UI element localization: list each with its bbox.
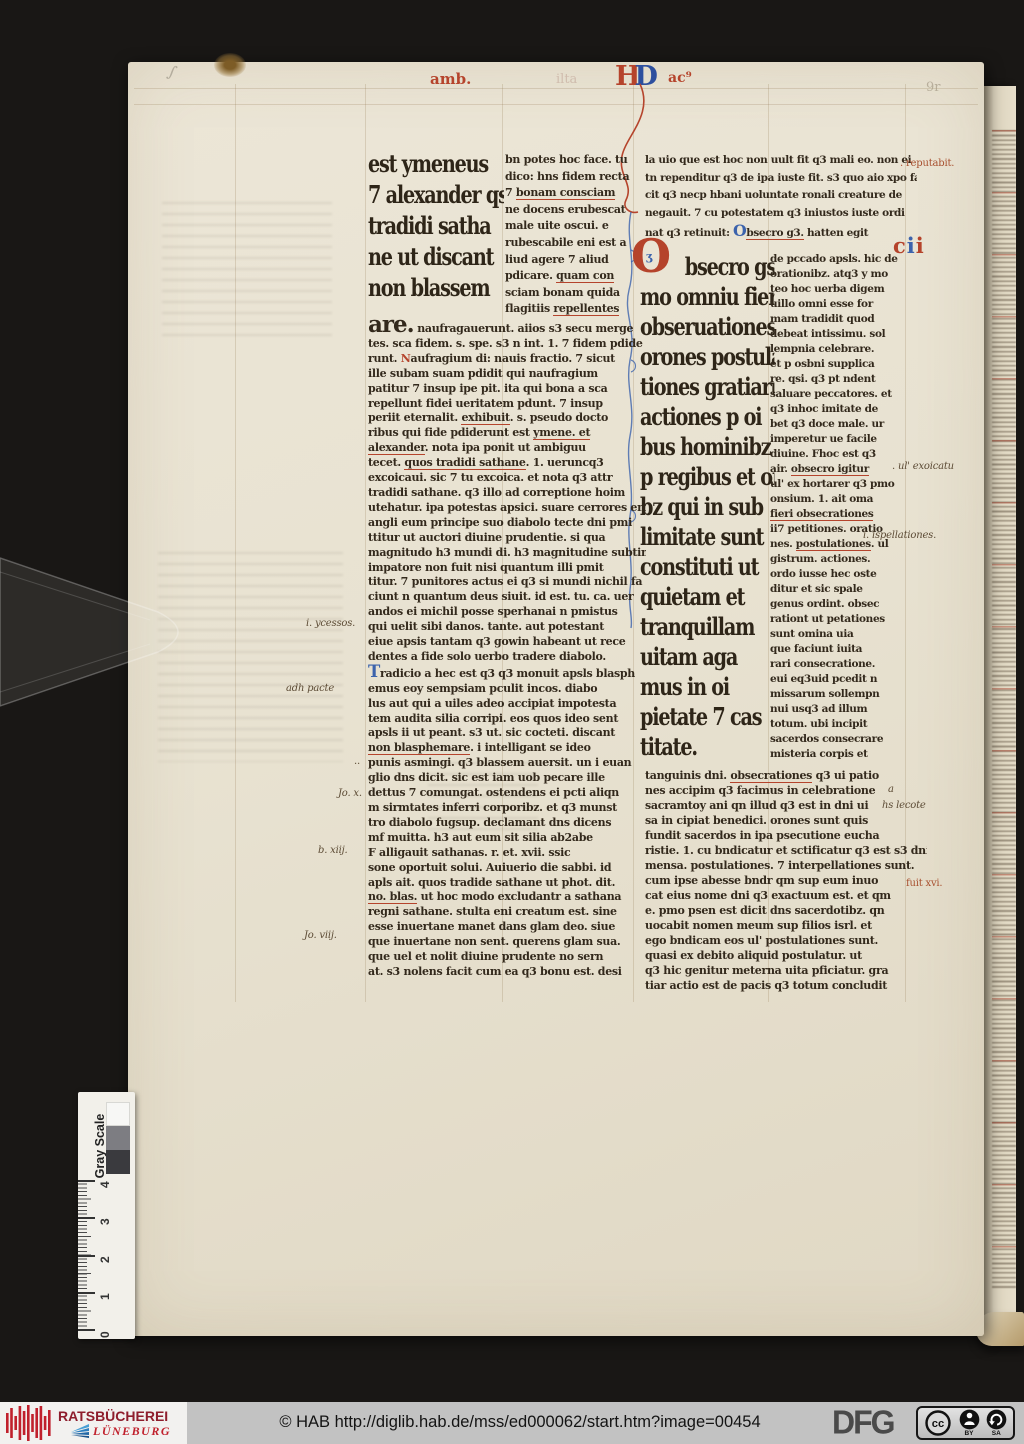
text-segment: runt. <box>368 352 401 365</box>
gloss-line: lus aut qui a uiles adeo accipiat impote… <box>368 697 646 712</box>
gloss-line: titur. 7 punitores actus ei q3 si mundi … <box>368 575 646 590</box>
lemma-line: pietate 7 cas <box>640 702 774 732</box>
margin-note: hs lecote <box>882 800 926 811</box>
lemma-line: limitate sunt <box>640 522 774 552</box>
margin-note: .. <box>354 756 360 767</box>
lemma-line: constituti ut <box>640 552 774 582</box>
rubricated-underline-text: obsecro igitur <box>791 463 869 476</box>
gloss-line: uocabit nomen meum sup filios isrl. et <box>645 918 927 933</box>
gloss-line: F alligauit sathanas. r. et. xvii. ssic <box>368 846 646 861</box>
library-city: LÜNEBURG <box>93 1425 171 1437</box>
cc-by-icon: BY <box>959 1409 980 1438</box>
gloss-line: tem audita silia corripi. eos quos ideo … <box>368 712 646 727</box>
margin-note: . ul' exoicatu <box>892 461 954 472</box>
gloss-line: tn rependitur q3 de ipa iuste fit. s3 qu… <box>645 170 917 188</box>
gloss-line: esse inuertane manet dans glam deo. siue <box>368 920 646 935</box>
gloss-line: periit eternalit. exhibuit. s. pseudo do… <box>368 411 646 426</box>
lemma-line: bz qui in sub <box>640 492 774 522</box>
column-a-main-gloss: are. naufragauerunt. aiios s3 secu merge… <box>368 318 646 980</box>
gloss-line: apls ait. quos tradide sathane ut phot. … <box>368 876 646 891</box>
margin-note: fuit xvi. <box>906 878 942 889</box>
gloss-line: angli eum principe suo diabolo tecte dni… <box>368 516 646 531</box>
gloss-line: bet q3 doce male. ur <box>770 417 914 432</box>
gloss-line: male uite oscui. e <box>505 218 637 235</box>
rubricated-underline-text: alexander <box>368 441 425 455</box>
sa-label: SA <box>992 1431 1001 1438</box>
gloss-line: glio dns dicit. sic est iam uob pecare i… <box>368 771 646 786</box>
plastic-page-clip <box>0 520 220 740</box>
gloss-line: qui uelit sibi danos. tante. aut potesta… <box>368 620 646 635</box>
text-segment: q3 ui patio <box>812 769 879 782</box>
gloss-line: sunt omina uia <box>770 627 914 642</box>
gray-scale-ruler: Gray Scale 43210 <box>78 1092 135 1339</box>
gloss-line: ciunt n quantum deus siuit. id est. tu. … <box>368 590 646 605</box>
gloss-line: pdicare. quam con <box>505 268 637 285</box>
rubricated-underline-text: obsecrationes <box>730 769 812 783</box>
gloss-line: liud agere 7 aliud <box>505 252 637 269</box>
running-title-left: amb. <box>430 70 471 88</box>
rubricated-underline-text: non blasphemare <box>368 741 470 755</box>
gloss-line: et p osbni supplica <box>770 357 914 372</box>
gloss-line: tecet. quos tradidi sathane. 1. ueruncq3 <box>368 456 646 471</box>
next-folio-edge <box>984 86 1016 1334</box>
lemma-line: uitam aga <box>640 642 774 672</box>
gloss-line: la uio que est hoc non uult fit q3 mali … <box>645 152 917 170</box>
gloss-line: que inuertane non sent. querens glam sua… <box>368 935 646 950</box>
lemma-line: non blassem <box>368 272 504 303</box>
gloss-line: que uel et nolit diuine prudente no sern <box>368 950 646 965</box>
ink-stain <box>214 53 246 77</box>
rubricated-underline-text: repellentes <box>553 302 619 316</box>
ruler-integer-tick <box>78 1329 95 1331</box>
running-title-ghost: ilta <box>556 72 577 87</box>
gloss-line: debeat intissimu. sol <box>770 327 914 342</box>
lemma-line: est ymeneus <box>368 148 504 179</box>
rubricated-underline-text: quam con <box>556 269 614 283</box>
manuscript-page: ∫ amb. ilta HD ac⁹ 9r cii est ymeneus7 a… <box>128 62 984 1336</box>
lemma-line: actiones p oi <box>640 402 774 432</box>
text-segment: . i intelligant se ideo <box>470 741 591 754</box>
gloss-line: que faciunt iuita <box>770 642 914 657</box>
gloss-line: misteria corpis et <box>770 747 914 762</box>
gloss-line: dettus 7 comungat. ostendens ei pcti ali… <box>368 786 646 801</box>
gloss-line: 7 bonam consciam <box>505 185 637 202</box>
gloss-line: tro diabolo fugsup. declamant dns dicens <box>368 816 646 831</box>
text-segment: ribus qui fide pdiderunt est <box>368 426 533 439</box>
gloss-line: punis asmingi. q3 blassem auersit. un i … <box>368 756 646 771</box>
margin-note: . reputabit. <box>900 158 954 169</box>
lemma-line: ne ut discant <box>368 241 504 272</box>
footer-bar: RATSBÜCHEREI LÜNEBURG © HAB http://digli… <box>0 1402 1024 1444</box>
gloss-line: cum ipse abesse bndr qm sup eum inuo <box>645 873 927 888</box>
gloss-line: alexander. nota ipa ponit ut ambiguu <box>368 441 646 456</box>
ruling-line <box>134 104 978 105</box>
column-a-lemma-text: est ymeneus7 alexander qstradidi sathane… <box>368 148 504 303</box>
gloss-line: saluare peccatores. et <box>770 387 914 402</box>
ruler-number: 3 <box>98 1211 112 1225</box>
rubricated-underline-text: exhibuit <box>461 411 509 425</box>
rubricated-underline-text: quos tradidi sathane <box>404 456 525 470</box>
rubricated-underline-text: bonam consciam <box>516 186 615 200</box>
gloss-line: sa in cipiat benedici. orones sunt quis <box>645 813 927 828</box>
gloss-line: de pccado apsls. hic de <box>770 252 914 267</box>
text-segment: . nota ipa ponit ut ambiguu <box>425 441 586 454</box>
text-segment: hatten egit <box>804 227 868 239</box>
text-segment: periit eternalit. <box>368 411 461 424</box>
ruler-number: 1 <box>98 1286 112 1300</box>
text-segment: air. <box>770 463 791 475</box>
text-segment: are. <box>368 318 414 338</box>
cc-icon: cc <box>924 1409 952 1437</box>
gloss-line: eiue apsis tantam q3 gowin habeant ut re… <box>368 635 646 650</box>
gloss-line: rari consecratione. <box>770 657 914 672</box>
margin-note: a <box>888 784 894 795</box>
ruler-integer-tick <box>78 1292 95 1294</box>
margin-note: Jo. x. <box>338 788 362 799</box>
lemma-line: tiones gratiaru <box>640 372 774 402</box>
text-segment: tanguinis dni. <box>645 769 730 782</box>
gloss-line: gistrum. actiones. <box>770 552 914 567</box>
gray-patch-dark <box>106 1150 130 1174</box>
text-segment: pdicare. <box>505 269 556 282</box>
gloss-line: nes accipim q3 facimus in celebratione <box>645 783 927 798</box>
chapter-letter: i <box>916 233 925 258</box>
column-b-side-gloss: de pccado apsls. hic deorationibz. atq3 … <box>770 252 914 770</box>
gloss-line: fieri obsecrationes <box>770 507 914 522</box>
copyright-url[interactable]: © HAB http://diglib.hab.de/mss/ed000062/… <box>230 1413 810 1432</box>
gloss-line: runt. Naufragium di: nauis fractio. 7 si… <box>368 352 646 367</box>
ruling-line <box>134 88 978 89</box>
lemma-line: titate. <box>640 732 774 762</box>
rubricated-underline-text: ymene. et <box>533 426 590 440</box>
gloss-line: tanguinis dni. obsecrationes q3 ui patio <box>645 768 927 783</box>
gloss-line: no. blas. ut hoc modo excludantr a satha… <box>368 890 646 905</box>
gloss-line: tiar actio est de pacis q3 totum conclud… <box>645 978 927 993</box>
ruling-line <box>365 84 366 1002</box>
gloss-line: bn potes hoc face. tu <box>505 152 637 169</box>
gloss-line: teo hoc uerba digem <box>770 282 914 297</box>
lemma-line: quietam et <box>640 582 774 612</box>
gloss-line: non blasphemare. i intelligant se ideo <box>368 741 646 756</box>
gloss-line: apsls ii ut peant. s3 ut. sic cocteti. d… <box>368 726 646 741</box>
gloss-line: rationt ut petationes <box>770 612 914 627</box>
ruler-number: 2 <box>98 1249 112 1263</box>
text-segment: naufragauerunt. aiios s3 secu merge <box>414 322 634 335</box>
gloss-line: q3 inhoc imitate de <box>770 402 914 417</box>
folio-number-ghost: 9r <box>926 80 941 95</box>
margin-note: i. ycessos. <box>306 618 355 629</box>
column-b-top-gloss: la uio que est hoc non uult fit q3 mali … <box>645 152 917 243</box>
by-label: BY <box>964 1431 973 1438</box>
margin-note: adh pacte <box>286 683 334 694</box>
rubricated-underline-text: fieri obsecrationes <box>770 508 873 521</box>
gloss-line: ul' ex hortarer q3 pmo <box>770 477 914 492</box>
gloss-line: q3 hic genitur meterna uita pficiatur. g… <box>645 963 927 978</box>
gloss-line: onsium. 1. ait oma <box>770 492 914 507</box>
rubricated-underline-text: no. blas. <box>368 890 417 904</box>
gloss-line: ne docens erubescat <box>505 202 637 219</box>
gloss-line: fundit sacerdos in ipa psecutione eucha <box>645 828 927 843</box>
margin-note: Jo. viij. <box>304 930 337 941</box>
gloss-line: regni sathane. stulta eni creatum est. s… <box>368 905 646 920</box>
ruler-integer-tick <box>78 1255 95 1257</box>
text-segment: aufragium di: nauis fractio. 7 sicut <box>411 352 615 365</box>
text-segment: 7 <box>505 186 516 199</box>
gloss-line: ristie. 1. cu bndicatur et sctificatur q… <box>645 843 927 858</box>
gloss-line: mf muitta. h3 aut eum sit silia ab2abe <box>368 831 646 846</box>
gloss-line: sacerdos consecrare <box>770 732 914 747</box>
gloss-line: impatore non fuit nisi quantum illi pmit <box>368 561 646 576</box>
gloss-line: sciam bonam quida <box>505 285 637 302</box>
gloss-line: negauit. 7 cu potestatem q3 iniustos ius… <box>645 205 917 223</box>
gloss-line: m sirmtates inferri corporibz. et q3 mun… <box>368 801 646 816</box>
gloss-line: Tradicio a hec est q3 q3 monuit apsls bl… <box>368 665 646 682</box>
gloss-line: tradidi sathane. q3 illo ad correptione … <box>368 486 646 501</box>
gloss-line: diuine. Fhoc est q3 <box>770 447 914 462</box>
gloss-line: nat q3 retinuit: Obsecro g3. hatten egit <box>645 222 917 243</box>
gloss-line: flagitiis repellentes <box>505 301 637 318</box>
gloss-line: ordo iusse hec oste <box>770 567 914 582</box>
text-segment: flagitiis <box>505 302 553 315</box>
lemma-line: orones postula <box>640 342 774 372</box>
gray-patch-mid <box>106 1126 130 1150</box>
gloss-line: eui eq3uid pcedit n <box>770 672 914 687</box>
gloss-line: ttitur ut auctori diuine prudentie. si q… <box>368 531 646 546</box>
gloss-line: ego bndicam eos ul' postulationes sunt. <box>645 933 927 948</box>
logo-bars-icon <box>5 1404 53 1442</box>
gloss-line: excoicaui. sic 7 tu excoica. et nota q3 … <box>368 471 646 486</box>
cc-sa-icon: SA <box>986 1409 1007 1438</box>
text-segment: N <box>401 352 411 365</box>
text-segment: ut hoc modo excludantr a sathana <box>417 890 621 903</box>
gloss-line: dico: hns fidem recta <box>505 169 637 186</box>
text-segment: . s. pseudo docto <box>510 411 608 424</box>
gloss-line: are. naufragauerunt. aiios s3 secu merge <box>368 318 646 337</box>
lemma-line: p regibus et oi <box>640 462 774 492</box>
column-b-lemma-text: bsecro gs primo omniu fieriobseruationes… <box>640 252 774 762</box>
lemma-line: mus in oi <box>640 672 774 702</box>
colored-initial: T <box>368 662 380 681</box>
lemma-line: bus hominibz <box>640 432 774 462</box>
gloss-line: repellunt fidei ueritatem pdunt. 7 insup <box>368 397 646 412</box>
gloss-line: genus ordint. obsec <box>770 597 914 612</box>
margin-note: b. xiij. <box>318 845 347 856</box>
cc-license-badge[interactable]: cc BY SA <box>916 1406 1015 1440</box>
gloss-line: orationibz. atq3 y mo <box>770 267 914 282</box>
gloss-line: patitur 7 insup ipe pit. ita qui bona a … <box>368 382 646 397</box>
text-segment: . 1. ueruncq3 <box>526 456 604 469</box>
gloss-line: ille subam suam pdidit qui naufragium <box>368 367 646 382</box>
lemma-line: 7 alexander qs <box>368 179 504 210</box>
gloss-line: e. pmo psen est dicit dns sacerdotibz. q… <box>645 903 927 918</box>
gloss-line: re. qsi. q3 pt ndent <box>770 372 914 387</box>
text-segment: nes. <box>770 538 796 550</box>
ruler-integer-tick <box>78 1180 95 1182</box>
gloss-line: dentes a fide solo uerbo tradere diabolo… <box>368 650 646 665</box>
gloss-line: tes. sca fidem. s. spe. s3 n int. 1. 7 f… <box>368 337 646 352</box>
ruler-integer-tick <box>78 1217 95 1219</box>
gloss-line: missarum sollempn <box>770 687 914 702</box>
gloss-line: utehatur. ipa potestas apsici. suare cer… <box>368 501 646 516</box>
gloss-line: imperetur ue facile <box>770 432 914 447</box>
dfg-logo: DFG <box>832 1403 894 1442</box>
pencil-mark: ∫ <box>165 61 179 82</box>
lemma-line: tradidi satha <box>368 210 504 241</box>
gloss-line: nui usq3 ad illum <box>770 702 914 717</box>
lemma-line: mo omniu fieri <box>640 282 774 312</box>
gloss-line: sone oportuit solui. Auiuerio die sabbi.… <box>368 861 646 876</box>
ruler-number: 0 <box>98 1324 112 1338</box>
library-logo: RATSBÜCHEREI LÜNEBURG <box>0 1402 187 1444</box>
manuscript-photo: ∫ amb. ilta HD ac⁹ 9r cii est ymeneus7 a… <box>0 0 1024 1444</box>
ruler-number: 4 <box>98 1174 112 1188</box>
gray-patch-white <box>106 1102 130 1126</box>
gloss-line: ditur et sic spale <box>770 582 914 597</box>
gloss-line: uillo omni esse for <box>770 297 914 312</box>
gloss-line: mensa. postulationes. 7 interpellationes… <box>645 858 927 873</box>
cc-letters: cc <box>932 1418 944 1430</box>
gloss-line: ribus qui fide pdiderunt est ymene. et <box>368 426 646 441</box>
next-folio-rubric-lines <box>992 130 1016 1290</box>
colored-initial: O <box>733 221 746 240</box>
gloss-line: mam tradidit quod <box>770 312 914 327</box>
lemma-line: bsecro gs pri <box>640 252 774 282</box>
gloss-line: quasi ex debito aliquid postulatur. ut <box>645 948 927 963</box>
gloss-line: andos ei michil posse sperhanai n pmistu… <box>368 605 646 620</box>
rubricated-underline-text: bsecro g3. <box>746 227 803 240</box>
book-fan-icon <box>70 1424 90 1438</box>
text-segment: radicio a hec est q3 q3 monuit apsls bla… <box>380 667 635 680</box>
text-segment: tecet. <box>368 456 404 469</box>
lemma-line: obseruationes <box>640 312 774 342</box>
show-through <box>162 202 332 342</box>
gloss-line: cit q3 necp hbani uoluntate ronali creat… <box>645 187 917 205</box>
margin-note: i. ispellationes. <box>863 530 936 541</box>
rubricated-underline-text: postulationes <box>796 538 871 551</box>
column-a-side-gloss: bn potes hoc face. tudico: hns fidem rec… <box>505 152 637 320</box>
running-title-right: ac⁹ <box>668 70 692 86</box>
gloss-line: lempnia celebrare. <box>770 342 914 357</box>
gloss-line: magnitudo h3 mundi di. h3 magnitudine su… <box>368 546 646 561</box>
gloss-line: cat eius nome dni q3 exactuum est. et qm <box>645 888 927 903</box>
gloss-line: emus eoy sempsiam pculit incos. diabo <box>368 682 646 697</box>
gloss-line: at. s3 nolens facit cum ea q3 bonu est. … <box>368 965 646 980</box>
gloss-line: rubescabile eni est a <box>505 235 637 252</box>
lemma-line: tranquillam <box>640 612 774 642</box>
gloss-line: totum. ubi incipit <box>770 717 914 732</box>
library-name: RATSBÜCHEREI <box>58 1409 171 1423</box>
